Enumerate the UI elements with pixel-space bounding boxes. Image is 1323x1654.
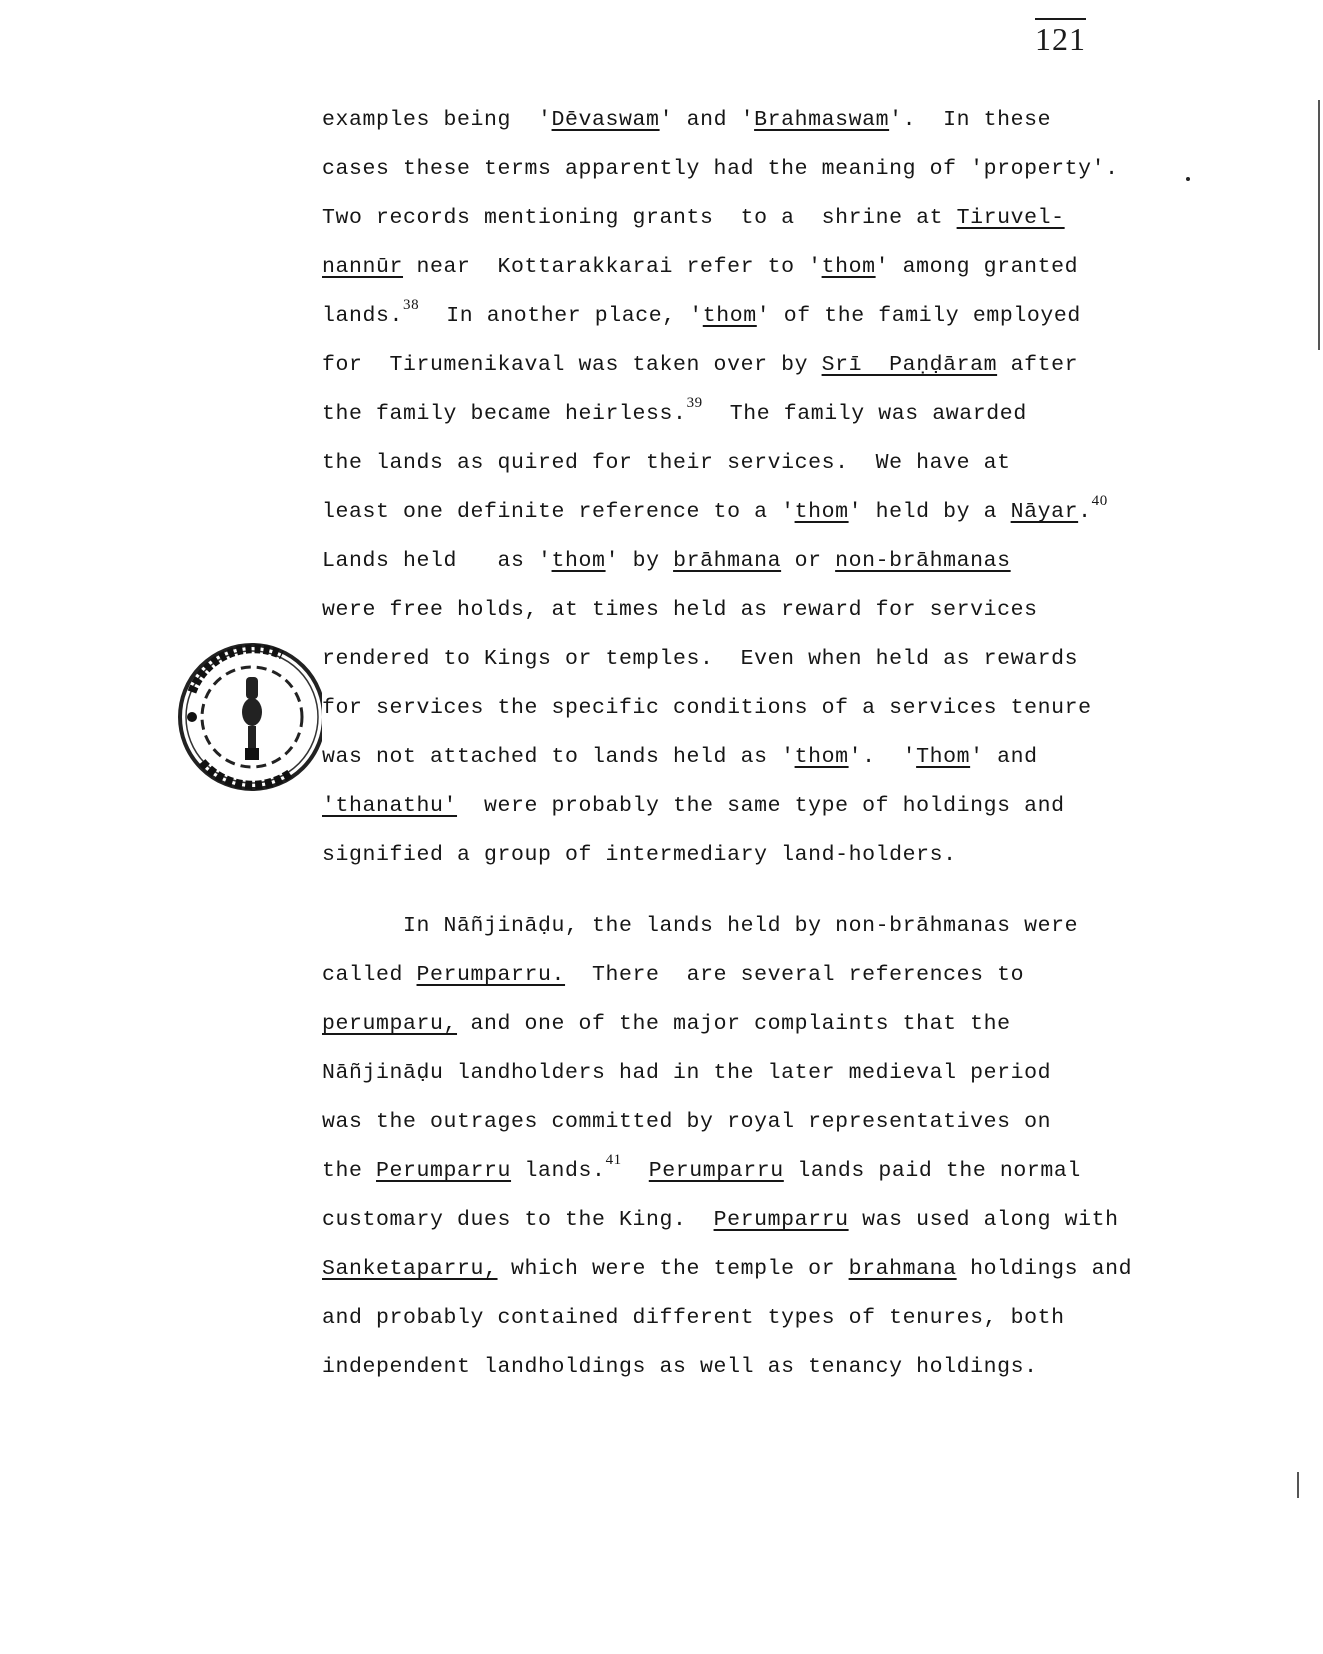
text-run: Nāñjināḍu landholders had in the later m…	[322, 1061, 1051, 1085]
text-run: cases these terms apparently had the mea…	[322, 157, 1119, 181]
text-run: In another place, '	[419, 304, 703, 328]
scan-speck	[1186, 177, 1190, 181]
text-line: the Perumparru lands.41 Perumparru lands…	[322, 1158, 1081, 1184]
text-run: Lands held as '	[322, 549, 552, 573]
text-line: 'thanathu' were probably the same type o…	[322, 793, 1065, 819]
text-run: lands.	[511, 1159, 606, 1183]
text-line: customary dues to the King. Perumparru w…	[322, 1207, 1119, 1233]
text-line: perumparu, and one of the major complain…	[322, 1011, 1011, 1037]
text-line: for Tirumenikaval was taken over by Srī …	[322, 352, 1078, 378]
text-run: ' of the family employed	[757, 304, 1081, 328]
text-run: and one of the major complaints that the	[457, 1012, 1011, 1036]
emblem-icon	[180, 645, 322, 789]
text-run: was not attached to lands held as '	[322, 745, 795, 769]
text-line: was the outrages committed by royal repr…	[322, 1109, 1051, 1135]
text-run: for Tirumenikaval was taken over by	[322, 353, 822, 377]
text-run: were free holds, at times held as reward…	[322, 598, 1038, 622]
text-run: or	[781, 549, 835, 573]
page-number: 121	[1035, 18, 1086, 56]
text-run: were probably the same type of holdings …	[457, 794, 1065, 818]
text-line: were free holds, at times held as reward…	[322, 597, 1038, 623]
text-line: the family became heirless.39 The family…	[322, 401, 1027, 427]
text-run: after	[997, 353, 1078, 377]
underlined-term: thom	[552, 549, 606, 573]
text-line: Sanketaparru, which were the temple or b…	[322, 1256, 1132, 1282]
text-run: The family was awarded	[703, 402, 1027, 426]
text-run: Two records mentioning grants to a shrin…	[322, 206, 957, 230]
text-run	[622, 1159, 649, 1183]
footnote-ref: 40	[1092, 493, 1108, 509]
text-run: the family became heirless.	[322, 402, 687, 426]
text-run: ' among granted	[876, 255, 1079, 279]
underlined-term: Srī Paṇḍāram	[822, 353, 998, 377]
text-line: least one definite reference to a 'thom'…	[322, 499, 1108, 525]
underlined-term: brahmana	[849, 1257, 957, 1281]
library-seal-stamp	[172, 622, 322, 812]
underlined-term: Brahmaswam	[754, 108, 889, 132]
text-line: rendered to Kings or temples. Even when …	[322, 646, 1078, 672]
text-line: the lands as quired for their services. …	[322, 450, 1011, 476]
underlined-term: Sanketaparru,	[322, 1257, 498, 1281]
footnote-ref: 39	[687, 395, 703, 411]
text-run: lands paid the normal	[784, 1159, 1081, 1183]
underlined-term: nannūr	[322, 255, 403, 279]
text-run: was used along with	[849, 1208, 1119, 1232]
text-run: ' by	[606, 549, 674, 573]
underlined-term: Perumparru.	[417, 963, 566, 987]
footnote-ref: 38	[403, 297, 419, 313]
text-run: In Nāñjināḍu, the lands held by non-brāh…	[322, 914, 1078, 938]
text-run: ' and	[970, 745, 1038, 769]
document-page: 121 examples being 'Dēvaswam' and 'Brahm…	[0, 0, 1323, 1654]
text-run: was the outrages committed by royal repr…	[322, 1110, 1051, 1134]
text-line: In Nāñjināḍu, the lands held by non-brāh…	[322, 913, 1078, 939]
text-line: nannūr near Kottarakkarai refer to 'thom…	[322, 254, 1078, 280]
underlined-term: thom	[822, 255, 876, 279]
text-run: least one definite reference to a '	[322, 500, 795, 524]
text-run: signified a group of intermediary land-h…	[322, 843, 957, 867]
text-line: cases these terms apparently had the mea…	[322, 156, 1119, 182]
underlined-term: Thom	[916, 745, 970, 769]
text-line: examples being 'Dēvaswam' and 'Brahmaswa…	[322, 107, 1051, 133]
scan-edge-mark	[1297, 1472, 1299, 1498]
footnote-ref: 41	[606, 1152, 622, 1168]
text-run: .	[1078, 500, 1092, 524]
underlined-term: non-brāhmanas	[835, 549, 1011, 573]
underlined-term: Dēvaswam	[552, 108, 660, 132]
text-line: lands.38 In another place, 'thom' of the…	[322, 303, 1081, 329]
text-run: called	[322, 963, 417, 987]
underlined-term: Perumparru	[649, 1159, 784, 1183]
scan-edge-mark	[1318, 100, 1320, 350]
underlined-term: Perumparru	[376, 1159, 511, 1183]
underlined-term: thom	[795, 500, 849, 524]
text-run: lands.	[322, 304, 403, 328]
text-run: customary dues to the King.	[322, 1208, 714, 1232]
text-line: signified a group of intermediary land-h…	[322, 842, 957, 868]
text-line: called Perumparru. There are several ref…	[322, 962, 1024, 988]
underlined-term: Tiruvel-	[957, 206, 1065, 230]
text-run: near Kottarakkarai refer to '	[403, 255, 822, 279]
text-run: '. '	[849, 745, 917, 769]
text-line: Two records mentioning grants to a shrin…	[322, 205, 1065, 231]
text-line: and probably contained different types o…	[322, 1305, 1065, 1331]
text-run: the	[322, 1159, 376, 1183]
text-run: '. In these	[889, 108, 1051, 132]
underlined-term: thom	[703, 304, 757, 328]
text-run: There are several references to	[565, 963, 1024, 987]
text-line: Nāñjināḍu landholders had in the later m…	[322, 1060, 1051, 1086]
text-run: holdings and	[957, 1257, 1133, 1281]
text-run: and probably contained different types o…	[322, 1306, 1065, 1330]
underlined-term: Perumparru	[714, 1208, 849, 1232]
underlined-term: brāhmana	[673, 549, 781, 573]
underlined-term: perumparu,	[322, 1012, 457, 1036]
text-line: independent landholdings as well as tena…	[322, 1354, 1038, 1380]
text-run: independent landholdings as well as tena…	[322, 1355, 1038, 1379]
text-run: examples being '	[322, 108, 552, 132]
text-line: Lands held as 'thom' by brāhmana or non-…	[322, 548, 1011, 574]
text-line: for services the specific conditions of …	[322, 695, 1092, 721]
underlined-term: 'thanathu'	[322, 794, 457, 818]
text-run: for services the specific conditions of …	[322, 696, 1092, 720]
underlined-term: thom	[795, 745, 849, 769]
text-run: rendered to Kings or temples. Even when …	[322, 647, 1078, 671]
text-run: the lands as quired for their services. …	[322, 451, 1011, 475]
text-line: was not attached to lands held as 'thom'…	[322, 744, 1038, 770]
text-run: ' and '	[660, 108, 755, 132]
underlined-term: Nāyar	[1011, 500, 1079, 524]
text-run: ' held by a	[849, 500, 1011, 524]
text-run: which were the temple or	[498, 1257, 849, 1281]
